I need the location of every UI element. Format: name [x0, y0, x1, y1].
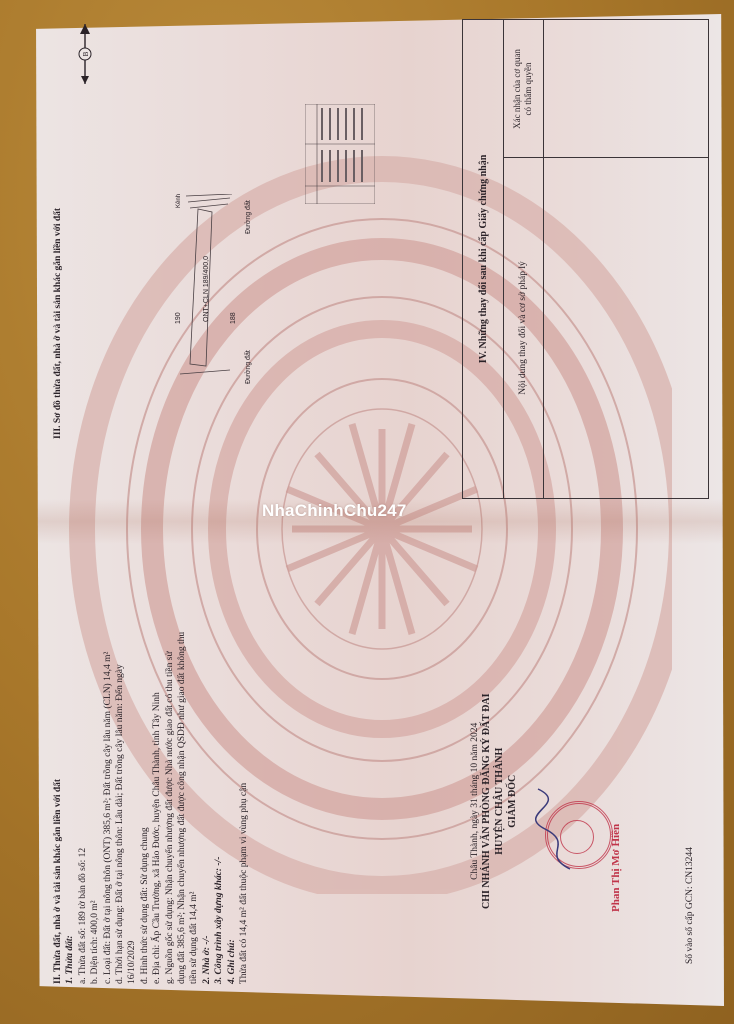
- house-heading: 2. Nhà ở: -/-: [201, 632, 213, 984]
- parcel-area: b. Diện tích: 400,0 m²: [89, 632, 101, 984]
- coordinate-table: [305, 104, 375, 204]
- changes-table: IV. Những thay đổi sau khi cấp Giấy chứn…: [462, 19, 709, 499]
- table-divider: [543, 157, 708, 158]
- usage-origin-line2: dụng đất 385,6 m²; Nhận chuyển nhượng đấ…: [176, 632, 188, 984]
- authority-header-line2: có thẩm quyền: [523, 63, 533, 116]
- svg-text:B: B: [82, 51, 90, 56]
- section-2: II. Thửa đất, nhà ở và tài sản khác gắn …: [52, 632, 251, 984]
- notes-heading: 4. Ghi chú:: [226, 632, 238, 984]
- usage-form: đ. Hình thức sử dụng đất: Sử dụng chung: [139, 632, 151, 984]
- svg-text:188: 188: [230, 312, 237, 324]
- land-type: c. Loại đất: Đất ở tại nông thôn (ONT) 3…: [102, 632, 114, 984]
- registry-number: Số vào sổ cấp GCN: CN13244: [685, 847, 695, 964]
- land-parcel-heading: 1. Thửa đất:: [64, 632, 76, 984]
- signer-position: GIÁM ĐỐC: [506, 694, 519, 909]
- issue-date: Châu Thành, ngày 31 tháng 10 năm 2024: [470, 694, 480, 909]
- section-2-title: II. Thửa đất, nhà ở và tài sản khác gắn …: [52, 632, 64, 984]
- svg-text:Kênh: Kênh: [176, 194, 182, 208]
- north-arrow-icon: B: [70, 14, 100, 94]
- usage-term-date: 16/10/2029: [126, 632, 138, 984]
- svg-text:Đường đất: Đường đất: [243, 350, 252, 384]
- svg-text:Đường đất: Đường đất: [243, 200, 252, 234]
- watermark-text: NhaChinhChu247: [262, 501, 406, 521]
- svg-text:190: 190: [175, 312, 182, 324]
- usage-origin: g. Nguồn gốc sử dụng: Nhận chuyển nhượng…: [164, 632, 176, 984]
- signer-name: Phan Thị Mơ Hiền: [610, 824, 622, 912]
- changes-column-header: Nội dung thay đổi và cơ sở pháp lý: [503, 157, 544, 498]
- signature-scribble-icon: [530, 784, 580, 874]
- address: e. Địa chỉ: Ấp Cầu Trường, xã Hảo Đước, …: [151, 632, 163, 984]
- authority-header-line1: Xác nhận của cơ quan: [512, 49, 522, 129]
- parcel-number: a. Thửa đất số: 189 tờ bản đồ số: 12: [77, 632, 89, 984]
- section-4-title: IV. Những thay đổi sau khi cấp Giấy chứn…: [463, 20, 504, 498]
- issuing-office: CHI NHÁNH VĂN PHÒNG ĐĂNG KÝ ĐẤT ĐAI: [480, 694, 493, 909]
- signature-block: Châu Thành, ngày 31 tháng 10 năm 2024 CH…: [470, 694, 519, 909]
- section-3-title: III. Sơ đồ thửa đất, nhà ở và tài sản kh…: [52, 208, 64, 439]
- notes-text: Thửa đất có 14,4 m² đất thuộc phạm vi vù…: [238, 632, 250, 984]
- svg-text:ONT+CLN 189/400,0: ONT+CLN 189/400,0: [203, 256, 210, 322]
- parcel-diagram: ONT+CLN 189/400,0 190 188 Đường đất Đườn…: [150, 194, 310, 384]
- usage-term: d. Thời hạn sử dụng: Đất ở tại nông thôn…: [114, 632, 126, 984]
- authority-column-header: Xác nhận của cơ quancó thẩm quyền: [503, 20, 544, 158]
- other-construction-heading: 3. Công trình xây dựng khác: -/-: [213, 632, 225, 984]
- issuing-district: HUYỆN CHÂU THÀNH: [493, 694, 506, 909]
- usage-origin-line3: tiền sử dụng đất 14,4 m²: [188, 632, 200, 984]
